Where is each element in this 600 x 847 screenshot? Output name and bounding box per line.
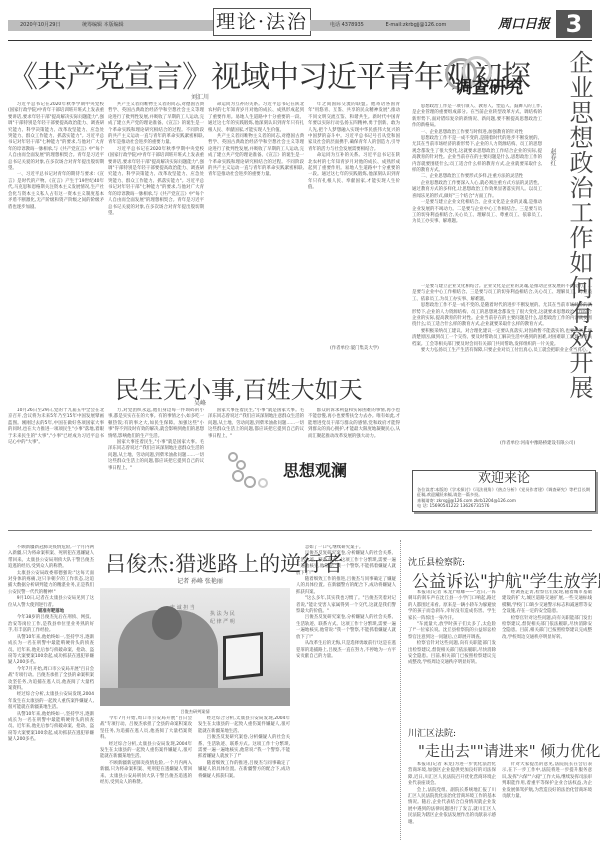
enterprise-affiliation: (作者单位:河南中豫路桥建设有限公司) <box>500 440 575 446</box>
ring-icon <box>244 476 256 488</box>
ring-icon <box>258 478 268 488</box>
lvjunjie-photo: 忠 诚 担 当 公 正 廉 洁 执 法 为 民 纪 律 严 明 <box>100 588 290 706</box>
chuanhui-col-2: 针对大家提出的意见,法院院长在会后表示,在下一步工作中,法院将进一步提升服务意识… <box>502 762 592 844</box>
section-title: 理论·法治 <box>213 8 311 36</box>
manifesto-col-1: 习近平总书记在2020年秋季学期中央党校(国家行政学院)中青年干部培训班开班式上… <box>8 102 104 342</box>
column-separator <box>400 540 401 840</box>
livelihood-headline: 民生无小事,百姓大如天 <box>115 370 363 405</box>
wall-calligraphy: 执 法 为 民 纪 律 严 明 <box>210 610 235 626</box>
section-divider <box>8 530 592 531</box>
enterprise-body-top: 思想政治工作是一项引领人、教育人、塑造人、鼓舞人的工作,是企业管理的重要组成部分… <box>412 104 542 284</box>
editors-left: 统筹编辑 本版编辑 <box>82 22 124 28</box>
computer-monitor <box>223 632 263 680</box>
shenqiu-col-1: 本报讯(记者 朱龙)"哐啷——"近日,一阵刺耳的刹车声在沈丘县一小学门口响起,路… <box>408 590 496 714</box>
lvjunjie-byline: 记者 孙峰 张艳丽 <box>140 576 260 585</box>
contact-email: E-mail:zkrbgjj@126.com <box>385 22 446 28</box>
lvjunjie-col-3: 经过综合分析,太康县公安局发现,2004年发生在太康县的一起致人重伤案件嫌疑人,… <box>198 716 290 843</box>
lvjunjie-col-2: 今年7月开始,周口市公安局开展"百日会战"专项行动。吕俊杰承担了全县的命案积案攻… <box>100 716 192 843</box>
masthead: 2020年10月29日 统筹编辑 本版编辑 理论·法治 电话 4378935 E… <box>0 0 600 48</box>
livelihood-byline: 吴峰 <box>170 398 230 407</box>
welcome-submissions-box: 欢迎来论 各位读者:本版的《学术探讨》《司法视角》《热点分析》《党员作者建》《调… <box>412 470 596 512</box>
shenqiu-col-2: 经调查走访,检察官们发现,随着城市基础建设的扩大,城区道路交通扩展,一些交通标线… <box>502 590 592 702</box>
lvjunjie-col-1: 不顾新疆新冠肺炎疫情危险,一个月内两入新疆,只为将命案积案、死刑犯在逃嫌疑人带回… <box>8 545 94 843</box>
chuanhui-kicker: 川汇区法院: <box>408 726 456 739</box>
masthead-left-bar: 2020年10月29日 统筹编辑 本版编辑 <box>8 20 213 31</box>
manifesto-col-2: 共产主义者同唯物主义者的同志,对德国古典哲学、英国古典政治经济学和空想社会主义等… <box>108 102 204 342</box>
masthead-right-bar: 电话 4378935 E-mail:zkrbgjj@126.com <box>310 20 470 31</box>
manifesto-byline: 刘汇川 <box>170 92 230 101</box>
enterprise-byline: 赵春红 <box>548 148 557 166</box>
enterprise-body-bottom: 一是要与建立企业文化相结合。企业文化是企业的灵魂,是推动企业发展的不竭动力。二是… <box>412 284 592 432</box>
column-tag-thought: 思想观澜 <box>283 458 347 481</box>
column-tag-survey: 调查研究 <box>455 73 523 98</box>
lvjunjie-col-4: 忽如了一口气,继续研究案子。 吕俊杰反复研究案卷,分析嫌疑人的社会关系、生活轨迹… <box>296 545 396 843</box>
issue-date: 2020年10月29日 <box>20 22 60 28</box>
submission-phones: 15690541222 13626731576 <box>429 503 489 508</box>
livelihood-col-4: 群众的诉求利益和实际困难的事情,再小也不能怠慢,再小也要帮扶全力去办。唯有如此,… <box>308 408 400 438</box>
welcome-body: 各位读者:本版的《学术探讨》《司法视角》《热点分析》《党员作者建》《调查研究》等… <box>413 487 595 509</box>
desk <box>100 688 290 706</box>
livelihood-col-2: 力,对党团织永远,他们身边每一件琐碎的小事,都是实实在在的大事。有的事情之小,如… <box>108 408 204 508</box>
ring-icon <box>236 460 246 470</box>
shenqiu-headline: 公益诉讼"护航"学生放学路 <box>412 567 600 592</box>
welcome-title: 欢迎来论 <box>413 471 595 487</box>
chuanhui-col-1: 本报讯(记者 朱龙)为进一步优化法治化营商环境,加强区企业提供更加良好的司法保障… <box>408 762 496 844</box>
officer-head <box>152 606 182 640</box>
paper-logo: 周口日报 <box>498 13 550 32</box>
ring-icon <box>232 470 244 482</box>
manifesto-col-4: 年之间国际交流的联盟。他寄语各国青年"用悠青、互鉴、共享的民众精神发展",推动不… <box>308 102 400 332</box>
manifesto-affiliation: (作者单位:厦门集美大学) <box>330 345 379 351</box>
manifesto-col-3: 命运同为互补的关系。习近平总书记在陕北农村的七年知青岁月对他的成长、成熟形成起到… <box>208 102 304 342</box>
chuanhui-headline: "走出去""请进来" 倾力优化营商环境 <box>418 740 600 761</box>
photo-caption: 吕俊杰研判案情 <box>100 709 290 715</box>
livelihood-col-1: 10月26日至29日,党的十九届五中全会在北京召开,会议将为未来5年乃至15年中… <box>8 408 104 508</box>
editors-right: 电话 4378935 <box>330 22 364 28</box>
page-number: 3 <box>556 10 592 38</box>
livelihood-col-3: 国家大事连着民生,"小事"就是国家大事。毛泽东同志曾说过:"我们应该深刻地注意群… <box>208 408 304 438</box>
masthead-rule <box>8 40 592 41</box>
